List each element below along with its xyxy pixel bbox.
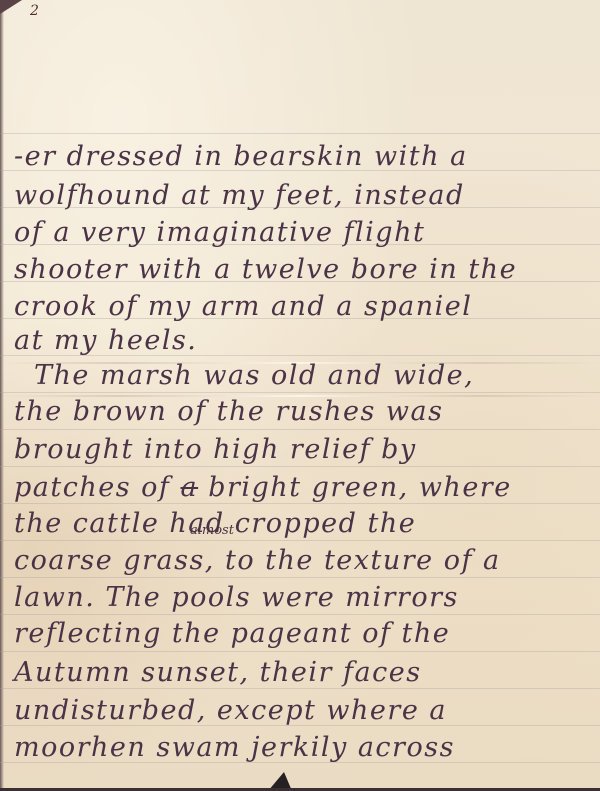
ruled-line: [0, 503, 600, 504]
struck-through-word: a: [181, 472, 199, 503]
handwritten-line: the brown of the rushes was: [14, 398, 443, 425]
folded-corner: [0, 0, 22, 14]
page-number: 2: [30, 3, 39, 19]
handwritten-line: at my heels.: [14, 327, 197, 354]
handwritten-line: shooter with a twelve bore in the: [14, 256, 517, 283]
handwritten-line: crook of my arm and a spaniel: [14, 293, 472, 320]
line-text: bright green, where: [198, 472, 512, 503]
ruled-line: [0, 429, 600, 430]
ruled-line: [0, 466, 600, 467]
handwritten-line: wolfhound at my feet, instead: [14, 182, 465, 209]
inserted-word: almost: [190, 523, 234, 538]
handwritten-line: -er dressed in bearskin with a: [14, 143, 468, 170]
ruled-line: [0, 577, 600, 578]
ruled-line: [0, 133, 600, 134]
handwritten-line: reflecting the pageant of the: [14, 620, 450, 647]
handwritten-line: moorhen swam jerkily across: [14, 734, 455, 761]
handwritten-line: The marsh was old and wide,: [34, 362, 474, 389]
ruled-line: [0, 614, 600, 615]
ruled-line: [0, 651, 600, 652]
line-text: patches of: [14, 472, 181, 503]
ruled-line: [0, 688, 600, 689]
handwritten-line: Autumn sunset, their faces: [14, 659, 422, 686]
handwritten-line: of a very imaginative flight: [14, 219, 425, 246]
handwritten-line: brought into high relief by: [14, 436, 417, 463]
handwritten-line: coarse grass, to the texture of a: [14, 547, 501, 574]
ruled-line: [0, 392, 600, 393]
letter-page: 2 -er dressed in bearskin with a wolfhou…: [0, 0, 600, 791]
handwritten-line: lawn. The pools were mirrors: [14, 584, 459, 611]
handwritten-line: undisturbed, except where a: [14, 697, 447, 724]
ruled-line: [0, 540, 600, 541]
handwritten-line: patches of a bright green, where: [14, 474, 512, 501]
